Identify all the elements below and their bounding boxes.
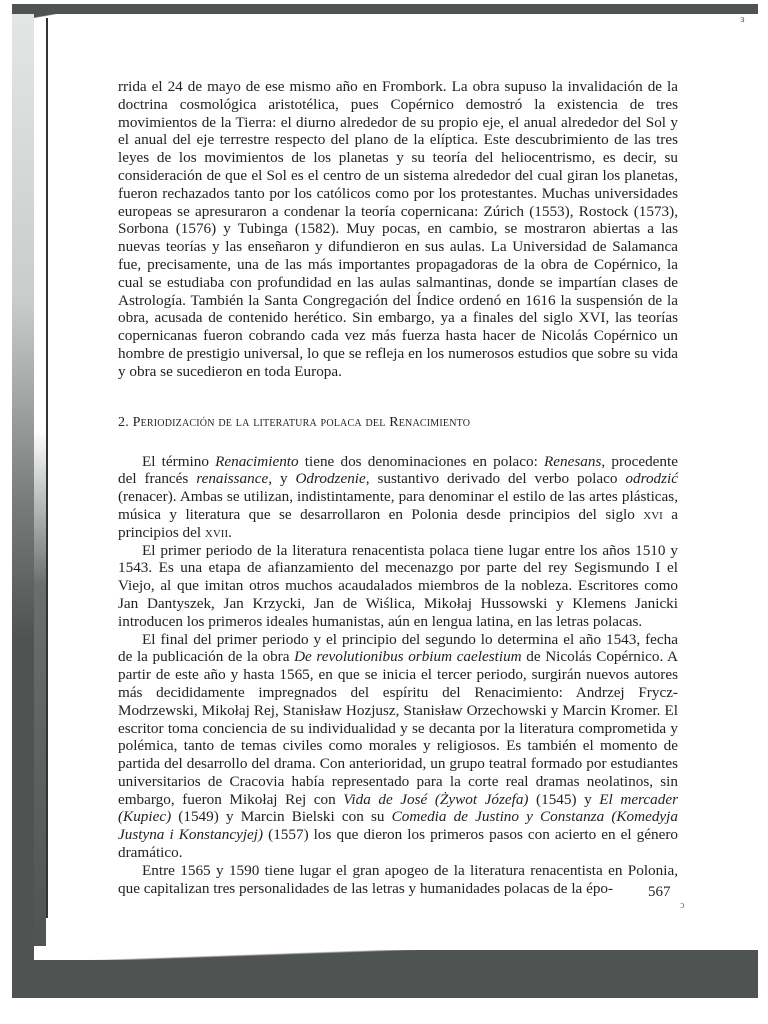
section-heading: 2. Periodización de la literatura polaca… [118, 415, 678, 431]
scan-border-left-shadow [34, 430, 46, 950]
paragraph-first-period: El primer periodo de la literatura renac… [118, 542, 678, 631]
paragraph-second-period: El final del primer periodo y el princip… [118, 631, 678, 862]
paragraph-renacimiento-terms: El término Renacimiento tiene dos denomi… [118, 453, 678, 542]
paragraph-continuation: rrida el 24 de mayo de ese mismo año en … [118, 78, 678, 381]
paragraph-third-period: Entre 1565 y 1590 tiene lugar el gran ap… [118, 862, 678, 898]
scan-corner-mark: ɜ [740, 13, 745, 25]
scan-border-top [12, 4, 758, 14]
scan-stray-mark: ↄ [680, 900, 684, 911]
book-page: rrida el 24 de mayo de ese mismo año en … [118, 78, 678, 897]
page-number: 567 [648, 884, 671, 901]
page-edge-line [46, 18, 48, 918]
scan-border-bottom-curve [34, 946, 758, 960]
scan-border-left [12, 14, 34, 974]
